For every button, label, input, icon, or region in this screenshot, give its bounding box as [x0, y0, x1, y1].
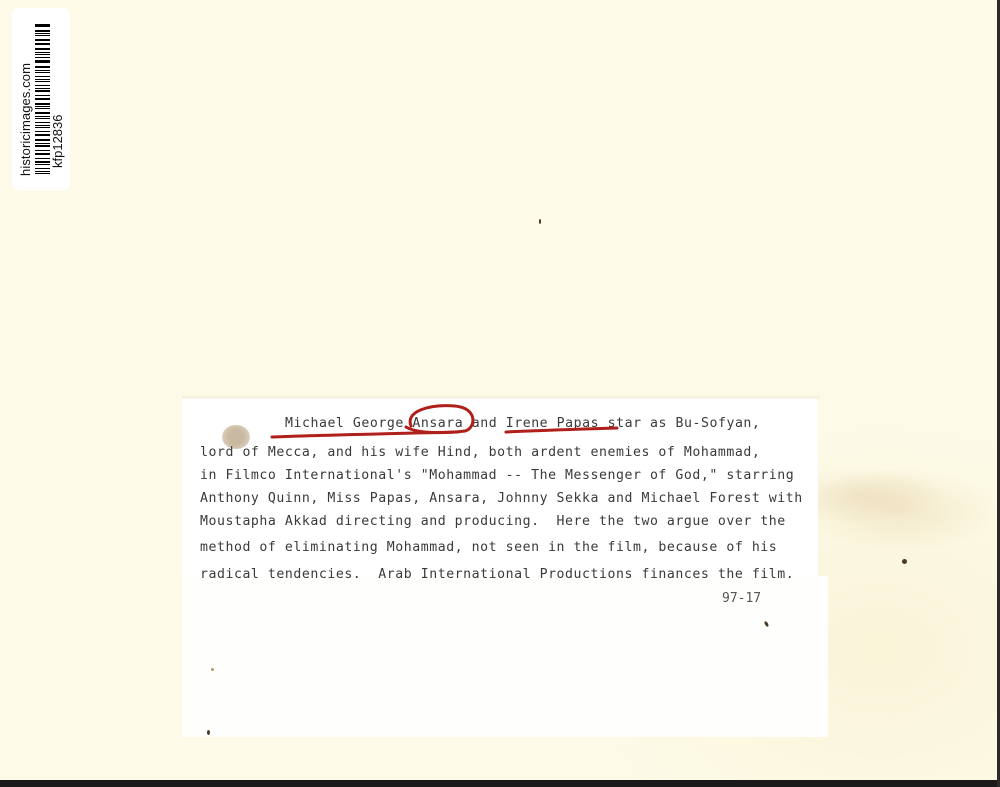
caption-line-2: lord of Mecca, and his wife Hind, both a… [200, 445, 760, 460]
dust-speck [207, 730, 210, 735]
label-code-text: kfp12836 [50, 115, 65, 169]
caption-reference-number: 97-17 [722, 591, 761, 606]
caption-line-3: in Filmco International's "Mohammad -- T… [200, 468, 794, 483]
barcode-icon [35, 22, 50, 174]
caption-line-4: Anthony Quinn, Miss Papas, Ansara, Johnn… [200, 491, 803, 506]
caption-line-6: method of eliminating Mohammad, not seen… [200, 540, 777, 555]
archive-barcode-label: historicimages.com kfp12836 [12, 8, 70, 190]
label-site-text: historicimages.com [18, 63, 33, 176]
dust-speck [211, 668, 214, 671]
dust-speck [539, 219, 541, 224]
caption-line-1: Michael George Ansara and Irene Papas st… [285, 416, 760, 431]
caption-line-7: radical tendencies. Arab International P… [200, 567, 794, 582]
caption-line-5: Moustapha Akkad directing and producing.… [200, 514, 786, 529]
photo-bottom-edge [0, 780, 1000, 787]
dust-speck [902, 559, 907, 564]
